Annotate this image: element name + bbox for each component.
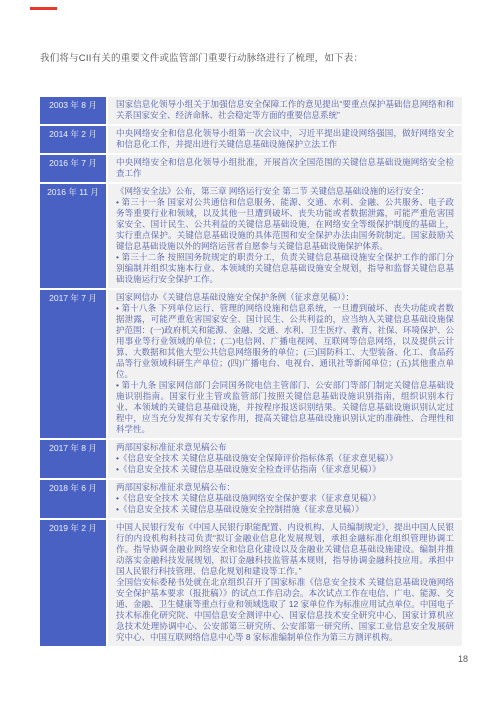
table-row: 2016 年 11 月《网络安全法》公布，第三章 网络运行安全 第二节 关键信息…	[40, 184, 462, 288]
table-row: 2018 年 6 月两部国家标准征求意见稿公布：•《信息安全技术 关键信息基础设…	[40, 480, 462, 518]
row-paragraph: 中央网络安全和信息化领导小组批准，开展首次全国范围的关键信息基础设施网络安全检查…	[116, 157, 454, 179]
table-row: 2017 年 7 月国家网信办《关键信息基础设施安全保护条例（征求意见稿）》：•…	[40, 290, 462, 438]
row-paragraph: 国家信息化领导小组关于加强信息安全保障工作的意见提出“要重点保护基础信息网络和和…	[116, 99, 454, 121]
row-paragraph: 两部国家标准征求意见稿公布：	[116, 482, 454, 493]
table-row: 2003 年 8 月国家信息化领导小组关于加强信息安全保障工作的意见提出“要重点…	[40, 97, 462, 124]
row-paragraph: • 第十八条 下列单位运行、管理的网络设施和信息系统，一旦遭到破坏、丧失功能或者…	[116, 303, 454, 380]
row-paragraph: •《信息安全技术 关键信息基础设施安全控制措施（征求意见稿）》	[116, 504, 454, 515]
table-row: 2017 年 8 月两部国家标准征求意见稿公布•《信息安全技术 关键信息基础设施…	[40, 440, 462, 478]
date-cell: 2017 年 7 月	[40, 290, 106, 438]
cii-timeline-table: 2003 年 8 月国家信息化领导小组关于加强信息安全保障工作的意见提出“要重点…	[40, 97, 462, 646]
row-paragraph: 国家网信办《关键信息基础设施安全保护条例（征求意见稿）》：	[116, 292, 454, 303]
report-page: 我们将与CII有关的重要文件或监管部门重要行动脉络进行了梳理，如下表： 2003…	[0, 0, 500, 702]
row-content: 国家信息化领导小组关于加强信息安全保障工作的意见提出“要重点保护基础信息网络和和…	[108, 97, 462, 124]
row-paragraph: •《信息安全技术 关键信息基础设施安全检查评估指南（征求意见稿）》	[116, 464, 454, 475]
date-cell: 2016 年 7 月	[40, 155, 106, 182]
row-paragraph: 《网络安全法》公布，第三章 网络运行安全 第二节 关键信息基础设施的运行安全：	[116, 186, 454, 197]
row-paragraph: • 第十九条 国家网信部门会同国务院电信主管部门、公安部门等部门制定关键信息基础…	[116, 380, 454, 435]
row-paragraph: •《信息安全技术 关键信息基础设施网络安全保护要求（征求意见稿）》	[116, 493, 454, 504]
table-row: 2014 年 2 月中央网络安全和信息化领导小组第一次会议中，习近平提出建设网络…	[40, 126, 462, 153]
date-cell: 2014 年 2 月	[40, 126, 106, 153]
table-row: 2019 年 2 月中国人民银行发布《中国人民银行职能配置、内设机构、人员编制规…	[40, 520, 462, 646]
row-paragraph: •《信息安全技术 关键信息基础设施安全保障评价指标体系（征求意见稿）》	[116, 453, 454, 464]
row-content: 中国人民银行发布《中国人民银行职能配置、内设机构、人员编制规定》，提出中国人民银…	[108, 520, 462, 646]
page-number: 18	[458, 654, 468, 664]
date-cell: 2017 年 8 月	[40, 440, 106, 478]
table-row: 2016 年 7 月中央网络安全和信息化领导小组批准，开展首次全国范围的关键信息…	[40, 155, 462, 182]
row-content: 中央网络安全和信息化领导小组批准，开展首次全国范围的关键信息基础设施网络安全检查…	[108, 155, 462, 182]
row-content: 两部国家标准征求意见稿公布：•《信息安全技术 关键信息基础设施网络安全保护要求（…	[108, 480, 462, 518]
row-paragraph: 中国人民银行发布《中国人民银行职能配置、内设机构、人员编制规定》，提出中国人民银…	[116, 522, 454, 577]
row-content: 两部国家标准征求意见稿公布•《信息安全技术 关键信息基础设施安全保障评价指标体系…	[108, 440, 462, 478]
row-content: 中央网络安全和信息化领导小组第一次会议中，习近平提出建设网络强国，做好网络安全和…	[108, 126, 462, 153]
row-paragraph: 全国信安标委秘书处就在北京组织召开了国家标准《信息安全技术 关键信息基础设施网络…	[116, 577, 454, 643]
row-paragraph: 中央网络安全和信息化领导小组第一次会议中，习近平提出建设网络强国，做好网络安全和…	[116, 128, 454, 150]
date-cell: 2019 年 2 月	[40, 520, 106, 646]
intro-text: 我们将与CII有关的重要文件或监管部门重要行动脉络进行了梳理，如下表：	[40, 52, 470, 65]
row-paragraph: • 第三十一条 国家对公共通信和信息服务、能源、交通、水利、金融、公共服务、电子…	[116, 197, 454, 252]
row-content: 《网络安全法》公布，第三章 网络运行安全 第二节 关键信息基础设施的运行安全：•…	[108, 184, 462, 288]
date-cell: 2003 年 8 月	[40, 97, 106, 124]
date-cell: 2018 年 6 月	[40, 480, 106, 518]
row-content: 国家网信办《关键信息基础设施安全保护条例（征求意见稿）》：• 第十八条 下列单位…	[108, 290, 462, 438]
red-accent-dash	[30, 7, 57, 10]
row-paragraph: • 第三十二条 按照国务院规定的职责分工，负责关键信息基础设施安全保护工作的部门…	[116, 252, 454, 285]
date-cell: 2016 年 11 月	[40, 184, 106, 288]
row-paragraph: 两部国家标准征求意见稿公布	[116, 442, 454, 453]
